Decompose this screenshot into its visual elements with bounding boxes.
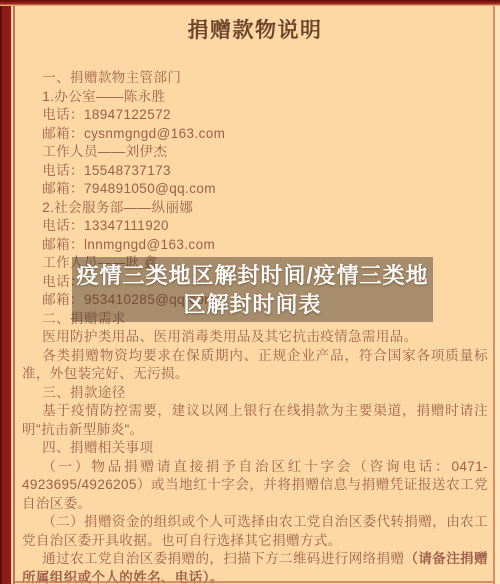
- paragraph-text: 各类捐赠物资均要求在保质期内、正规企业产品，符合国家各项质量标准，外包装完好、无…: [22, 348, 488, 382]
- paragraph: 通过农工党自治区委捐赠的，扫描下方二维码进行网络捐赠（请备注捐赠所属组织或个人的…: [22, 550, 488, 584]
- paragraph: 三、捐款途径: [22, 384, 488, 403]
- frame-top-band: [0, 0, 500, 6]
- paragraph: 各类捐赠物资均要求在保质期内、正规企业产品，符合国家各项质量标准，外包装完好、无…: [22, 347, 488, 384]
- paragraph-text: 电话：13347111920: [42, 218, 169, 233]
- paragraph: （一）物品捐赠请直接捐予自治区红十字会（咨询电话：0471-4923695/49…: [22, 458, 488, 514]
- paragraph: 2.社会服务部——纵丽娜: [22, 199, 488, 218]
- paragraph: 电话：18947122572: [22, 106, 488, 125]
- paragraph-text: 邮箱：794891050@qq.com: [42, 181, 216, 196]
- paragraph: 医用防护类用品、医用消毒类用品及其它抗击疫情急需用品。: [22, 328, 488, 347]
- paragraph-text: 邮箱：lnnmgngd@163.com: [42, 237, 215, 252]
- paragraph: 邮箱：lnnmgngd@163.com: [22, 236, 488, 255]
- paragraph-text: 基于疫情防控需要，建议以网上银行在线捐款为主要渠道，捐赠时请注明"抗击新型肺炎"…: [22, 403, 488, 437]
- frame-inner-line-right: [493, 0, 495, 584]
- paragraph-text: 1.办公室——陈永胜: [42, 89, 165, 104]
- paragraph-text: 工作人员——刘伊杰: [42, 144, 167, 159]
- frame-inner-line-left: [13, 0, 15, 584]
- paragraph: 基于疫情防控需要，建议以网上银行在线捐款为主要渠道，捐赠时请注明"抗击新型肺炎"…: [22, 402, 488, 439]
- paragraph-text: 2.社会服务部——纵丽娜: [42, 200, 193, 215]
- caption-overlay-line2: 区解封时间表: [72, 290, 433, 319]
- paragraph-text: 四、捐赠相关事项: [42, 440, 153, 455]
- paragraph-text: 三、捐款途径: [42, 385, 125, 400]
- paragraph: 邮箱：794891050@qq.com: [22, 180, 488, 199]
- paragraph-text: 通过农工党自治区委捐赠的，扫描下方二维码进行网络捐赠: [42, 551, 404, 566]
- paragraph-text: （二）捐赠资金的组织或个人可选择由农工党自治区委代转捐赠，由农工党自治区委开具收…: [22, 514, 488, 548]
- paragraph-text: 医用防护类用品、医用消毒类用品及其它抗击疫情急需用品。: [42, 329, 417, 344]
- frame-left-band: [0, 0, 11, 584]
- page-title: 捐赠款物说明: [22, 17, 488, 44]
- paragraph: 一、捐赠款物主管部门: [22, 69, 488, 88]
- frame-inner-line-bottom: [15, 581, 493, 583]
- caption-overlay-line1: 疫情三类地区解封时间/疫情三类地: [72, 261, 433, 290]
- document-body: 一、捐赠款物主管部门1.办公室——陈永胜电话：18947122572邮箱：cys…: [22, 69, 488, 584]
- paragraph: 电话：15548737173: [22, 162, 488, 181]
- paragraph-text: （一）物品捐赠请直接捐予自治区红十字会（咨询电话：0471-4923695/49…: [22, 459, 488, 511]
- paragraph: 1.办公室——陈永胜: [22, 88, 488, 107]
- paragraph-text: 电话：15548737173: [42, 163, 171, 178]
- paragraph-text: 邮箱：cysnmgngd@163.com: [42, 126, 225, 141]
- paragraph-text: 电话：18947122572: [42, 107, 171, 122]
- paragraph: 邮箱：cysnmgngd@163.com: [22, 125, 488, 144]
- paragraph: 工作人员——刘伊杰: [22, 143, 488, 162]
- paragraph-text: 一、捐赠款物主管部门: [42, 70, 181, 85]
- paragraph: （二）捐赠资金的组织或个人可选择由农工党自治区委代转捐赠，由农工党自治区委开具收…: [22, 513, 488, 550]
- paragraph: 四、捐赠相关事项: [22, 439, 488, 458]
- paragraph: 电话：13347111920: [22, 217, 488, 236]
- donation-notice-page: 捐赠款物说明 一、捐赠款物主管部门1.办公室——陈永胜电话：1894712257…: [0, 0, 500, 584]
- frame-right-strip: [495, 0, 500, 584]
- caption-overlay: 疫情三类地区解封时间/疫情三类地 区解封时间表: [72, 257, 433, 322]
